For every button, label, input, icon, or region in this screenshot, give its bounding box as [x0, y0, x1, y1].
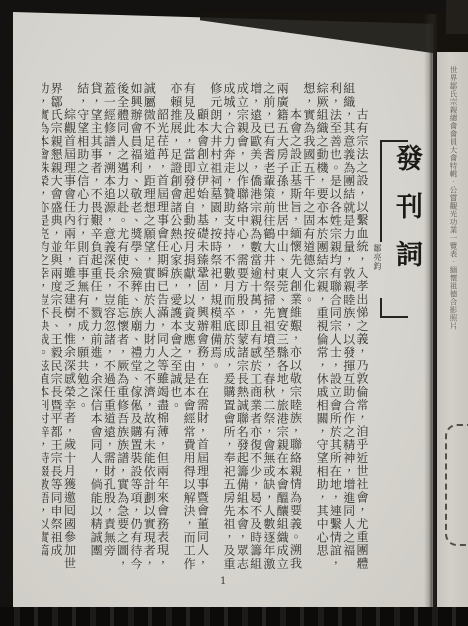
paragraph: 綜觀首屆理事會任內兩年，雖乏建樹，惟余深感榮幸者，歲十月獲邀囘國參加世界鄒氏宗親… — [42, 82, 75, 579]
title-block: 發刊詞 鄒亮鈞 — [370, 136, 430, 328]
stitch-mark — [445, 424, 468, 546]
paragraph: 韶光荏苒，首屆理事會任期瞬已告滿，同人等雖竭盡棉薄，但兩年來會務表現，誠屬微不足… — [75, 82, 168, 579]
paragraph: 顧本會創立伊始，基礎未臻鞏固，興辦會務，在在需財，首屆理事暨會董同人，有見及此，… — [169, 82, 209, 579]
scan-corner-smudge — [446, 0, 468, 34]
author-name: 鄒亮鈞 — [371, 242, 383, 298]
page-number: 1 — [220, 576, 226, 587]
paragraph: 本會之設正基斯旨，緬懷先人創業維艱，亦以敬宗睦族，聯絡親情為要義。溯我兩廣籍五大… — [208, 82, 301, 579]
scan-bottom-band — [0, 607, 468, 626]
title-bracket-top — [380, 140, 408, 142]
page-title: 發刊詞 — [387, 144, 426, 324]
paragraph: 古有宗法之設，以繫血統，入孝出悌之義，乃敦倫常，洎乎近世社會，尤重團體組織，其意… — [302, 82, 368, 579]
edge-caption-text: 世界鄒氏宗親總會會員大會特輯‧公嘗觀光功業一覽表‧緬懷祖德合影照片 — [446, 66, 460, 366]
scanned-document-screenshot: 世界鄒氏宗親總會會員大會特輯‧公嘗觀光功業一覽表‧緬懷祖德合影照片 發刊詞 鄒亮… — [0, 0, 468, 626]
body-text: 古有宗法之設，以繫血統，入孝出悌之義，乃敦倫常，洎乎近世社會，尤重團體組織，其意… — [42, 82, 368, 579]
